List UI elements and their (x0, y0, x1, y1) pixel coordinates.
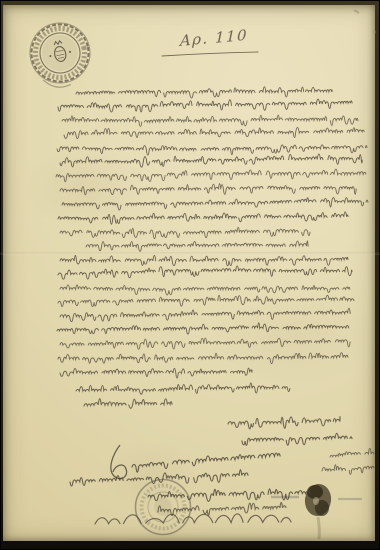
scanned-document-photo: Αρ. 110 (0, 0, 380, 550)
manuscript-paper (3, 5, 375, 541)
